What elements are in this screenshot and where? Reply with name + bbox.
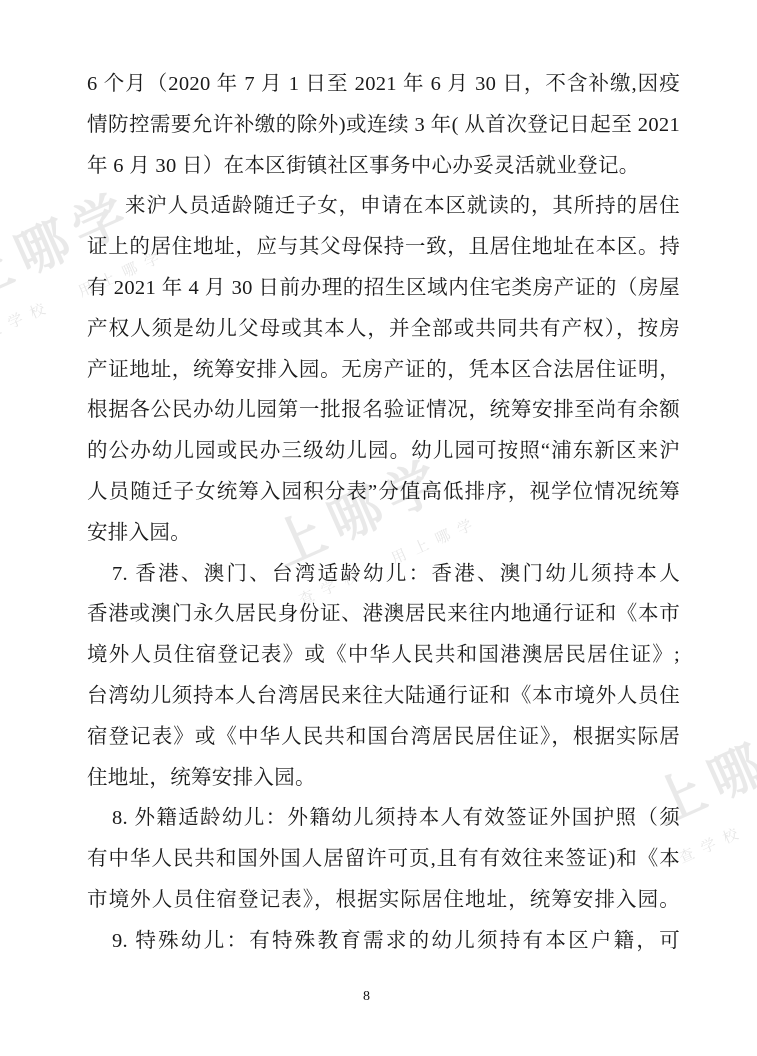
text-line: 情防控需要允许补缴的除外)或连续 3 年( 从首次登记日起至 2021 <box>87 105 680 146</box>
watermark-tagline-text: 查学校 用上哪学 <box>675 768 757 867</box>
text-line: 9. 特殊幼儿：有特殊教育需求的幼儿须持有本区户籍，可 <box>87 921 680 962</box>
text-line: 有 2021 年 4 月 30 日前办理的招生区域内住宅类房产证的（房屋 <box>87 268 680 309</box>
text-line: 根据各公民办幼儿园第一批报名验证情况，统筹安排至尚有余额 <box>87 390 680 431</box>
text-line: 市境外人员住宿登记表》，根据实际居住地址，统筹安排入园。 <box>87 880 680 921</box>
text-line: 境外人员住宿登记表》或《中华人民共和国港澳居民居住证》; <box>87 635 680 676</box>
text-line: 有中华人民共和国外国人居留许可页,且有有效往来签证)和《本 <box>87 839 680 880</box>
page-number: 8 <box>0 989 733 1005</box>
text-line: 产权人须是幼儿父母或其本人，并全部或共同共有产权），按房 <box>87 309 680 350</box>
text-line: 香港或澳门永久居民身份证、港澳居民来往内地通行证和《本市 <box>87 594 680 635</box>
text-line: 证上的居住地址，应与其父母保持一致，且居住地址在本区。持 <box>87 227 680 268</box>
text-line: 6 个月（2020 年 7 月 1 日至 2021 年 6 月 30 日，不含补… <box>87 64 680 105</box>
text-line: 产证地址，统筹安排入园。无房产证的，凭本区合法居住证明， <box>87 350 680 391</box>
text-line: 7. 香港、澳门、台湾适龄幼儿：香港、澳门幼儿须持本人 <box>87 554 680 595</box>
text-line: 的公办幼儿园或民办三级幼儿园。幼儿园可按照“浦东新区来沪 <box>87 431 680 472</box>
text-line: 安排入园。 <box>87 513 680 554</box>
text-line: 8. 外籍适龄幼儿：外籍幼儿须持本人有效签证外国护照（须 <box>87 798 680 839</box>
text-line: 年 6 月 30 日）在本区街镇社区事务中心办妥灵活就业登记。 <box>87 146 680 187</box>
text-line: 人员随迁子女统筹入园积分表”分值高低排序，视学位情况统筹 <box>87 472 680 513</box>
text-line: 住地址，统筹安排入园。 <box>87 758 680 799</box>
text-line: 宿登记表》或《中华人民共和国台湾居民居住证》，根据实际居 <box>87 717 680 758</box>
text-line: 来沪人员适龄随迁子女，申请在本区就读的，其所持的居住 <box>87 186 680 227</box>
document-body: 6 个月（2020 年 7 月 1 日至 2021 年 6 月 30 日，不含补… <box>87 64 680 962</box>
text-line: 台湾幼儿须持本人台湾居民来往大陆通行证和《本市境外人员住 <box>87 676 680 717</box>
scanned-page: 上哪学 查学校 用上哪学 上哪学 查学校 用上哪学 上哪学 查学校 用上哪学 6… <box>0 0 757 1056</box>
